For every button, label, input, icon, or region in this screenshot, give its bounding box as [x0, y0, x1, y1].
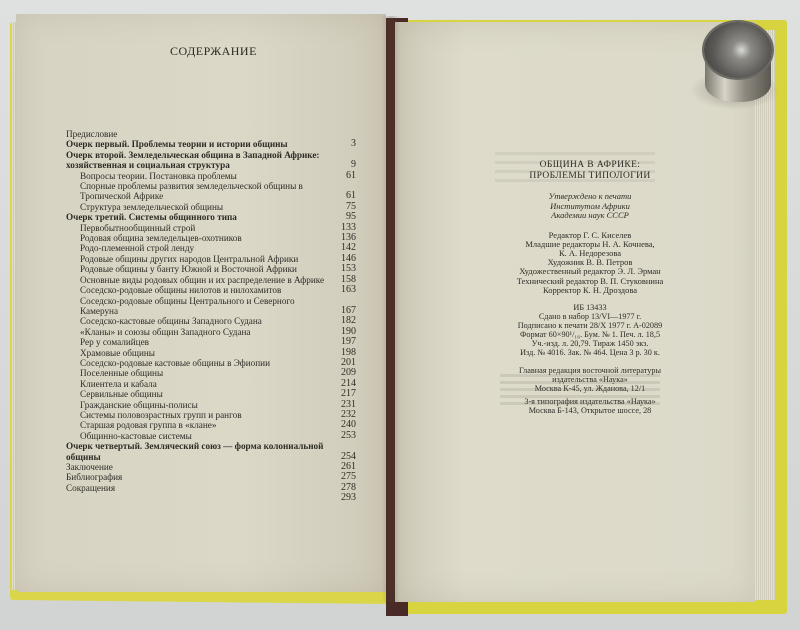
- book-title-line: ОБЩИНА В АФРИКЕ:: [480, 160, 700, 171]
- toc-entry-title: Клиентела и кабала: [66, 379, 334, 389]
- publication-data-line: Подписано к печати 28/X 1977 г. А-02089: [480, 321, 700, 330]
- toc-entry: 293: [66, 493, 356, 503]
- toc-entry-title: Основные виды родовых общин и их распред…: [66, 275, 334, 285]
- toc-entry: Соседско-родовые общины Центрального и С…: [66, 296, 356, 317]
- toc-entry: Очерк третий. Системы общинного типа95: [66, 212, 356, 222]
- toc-entry-title: Родовые общины у банту Южной и Восточной…: [66, 264, 334, 274]
- book-title: ОБЩИНА В АФРИКЕ:ПРОБЛЕМЫ ТИПОЛОГИИ: [480, 160, 700, 182]
- toc-entry: Структура земледельческой общины75: [66, 202, 356, 212]
- publication-data-line: Сдано в набор 13/VI—1977 г.: [480, 312, 700, 321]
- toc-entry-title: Родо-племенной строй ленду: [66, 243, 334, 253]
- toc-entry: Очерк второй. Земледельческая община в З…: [66, 150, 356, 171]
- toc-entry-title: Вопросы теории. Постановка проблемы: [66, 171, 334, 181]
- toc-entry: Родо-племенной строй ленду142: [66, 243, 356, 253]
- toc-entry: Родовые общины других народов Центрально…: [66, 254, 356, 264]
- approval-note: Утверждено к печатиИнститутом АфрикиАкад…: [480, 192, 700, 221]
- toc-entry-title: Очерк второй. Земледельческая община в З…: [66, 150, 334, 171]
- toc-entry: Родовые общины у банту Южной и Восточной…: [66, 264, 356, 274]
- toc-entry-title: Первобытнообщинный строй: [66, 223, 334, 233]
- printer-line: Москва Б-143, Открытое шоссе, 28: [480, 406, 700, 415]
- toc-entry: Предисловие: [66, 129, 356, 139]
- toc-entry-page: 217: [334, 389, 356, 399]
- show-through-text: [500, 374, 660, 406]
- toc-entry-title: Соседско-кастовые общины Западного Судан…: [66, 316, 334, 326]
- toc-entry: Общинно-кастовые системы253: [66, 431, 356, 441]
- toc-entry-title: Очерк первый. Проблемы теории и истории …: [66, 139, 334, 149]
- publication-data-line: Уч.-изд. л. 20,79. Тираж 1450 экз.: [480, 339, 700, 348]
- toc-entry: Сервильные общины217: [66, 389, 356, 399]
- toc-entry-title: Общинно-кастовые системы: [66, 431, 334, 441]
- toc-entry-title: Предисловие: [66, 129, 334, 139]
- page-gutter: [382, 16, 400, 602]
- toc-entry-title: Соседско-родовые общины Центрального и С…: [66, 296, 334, 317]
- toc-entry: Соседско-кастовые общины Западного Судан…: [66, 316, 356, 326]
- toc-entry-page: 197: [334, 337, 356, 347]
- toc-entry-title: «Кланы» и союзы общин Западного Судана: [66, 327, 334, 337]
- toc-entry-page: 253: [334, 431, 356, 441]
- toc-entry: Очерк четвертый. Земляческий союз — форм…: [66, 441, 356, 462]
- toc-entry: Сокращения278: [66, 483, 356, 493]
- toc-title: СОДЕРЖАНИЕ: [170, 44, 257, 59]
- toc-entry: Старшая родовая группа в «клане»240: [66, 420, 356, 430]
- toc-entry: Рер у сомалийцев197: [66, 337, 356, 347]
- toc-entry: Системы половозрастных групп и рангов232: [66, 410, 356, 420]
- toc-entry: Родовая община земледельцев-охотников136: [66, 233, 356, 243]
- credit-line: Корректор К. Н. Дроздова: [480, 286, 700, 295]
- page-stack-right: [755, 30, 775, 600]
- toc-entry-title: Родовые общины других народов Центрально…: [66, 254, 334, 264]
- toc-entry-title: Родовая община земледельцев-охотников: [66, 233, 334, 243]
- table-of-contents: ПредисловиеОчерк первый. Проблемы теории…: [66, 129, 356, 504]
- toc-entry: «Кланы» и союзы общин Западного Судана19…: [66, 327, 356, 337]
- book-title-line: ПРОБЛЕМЫ ТИПОЛОГИИ: [480, 171, 700, 182]
- toc-entry-title: Спорные проблемы развития земледельческо…: [66, 181, 334, 202]
- toc-entry: Первобытнообщинный строй133: [66, 223, 356, 233]
- toc-entry-page: 163: [334, 285, 356, 295]
- toc-entry-title: Очерк четвертый. Земляческий союз — форм…: [66, 441, 334, 462]
- credits: Редактор Г. С. КиселевМладшие редакторы …: [480, 231, 700, 295]
- leader-dots: [66, 501, 332, 503]
- toc-entry-title: Гражданские общины-полисы: [66, 400, 334, 410]
- toc-entry: Гражданские общины-полисы231: [66, 400, 356, 410]
- toc-entry-title: Сокращения: [66, 483, 334, 493]
- toc-entry: Вопросы теории. Постановка проблемы61: [66, 171, 356, 181]
- toc-entry: Очерк первый. Проблемы теории и истории …: [66, 139, 356, 149]
- toc-entry-title: Старшая родовая группа в «клане»: [66, 420, 334, 430]
- toc-entry-page: 61: [334, 171, 356, 181]
- publication-data-line: ИБ 13433: [480, 303, 700, 312]
- toc-entry: Клиентела и кабала214: [66, 379, 356, 389]
- toc-entry-title: Сервильные общины: [66, 389, 334, 399]
- toc-entry-title: Структура земледельческой общины: [66, 202, 334, 212]
- publication-data: ИБ 13433Сдано в набор 13/VI—1977 г.Подпи…: [480, 303, 700, 357]
- toc-entry-title: Соседско-родовые кастовые общины в Эфиоп…: [66, 358, 334, 368]
- toc-entry-title: Заключение: [66, 462, 334, 472]
- toc-entry: Библиография275: [66, 472, 356, 482]
- toc-entry: Соседско-родовые общины нилотов и нилоха…: [66, 285, 356, 295]
- metal-weight-top: [704, 22, 772, 78]
- toc-entry-page: 293: [334, 493, 356, 503]
- toc-entry-title: Соседско-родовые общины нилотов и нилоха…: [66, 285, 334, 295]
- approval-line: Академии наук СССР: [480, 211, 700, 221]
- toc-entry: Спорные проблемы развития земледельческо…: [66, 181, 356, 202]
- toc-entry-title: Рер у сомалийцев: [66, 337, 334, 347]
- toc-entry-title: Библиография: [66, 472, 334, 482]
- toc-entry-title: Храмовые общины: [66, 348, 334, 358]
- publication-data-line: Формат 60×90¹/₁₆. Бум. № 1. Печ. л. 18,5: [480, 330, 700, 339]
- toc-entry: Заключение261: [66, 462, 356, 472]
- toc-entry: Храмовые общины198: [66, 348, 356, 358]
- toc-entry: Основные виды родовых общин и их распред…: [66, 275, 356, 285]
- toc-entry-title: Поселенные общины: [66, 368, 334, 378]
- toc-entry: Поселенные общины209: [66, 368, 356, 378]
- publication-data-line: Изд. № 4016. Зак. № 464. Цена 3 р. 30 к.: [480, 348, 700, 357]
- toc-entry-page: 3: [334, 139, 356, 149]
- toc-entry: Соседско-родовые кастовые общины в Эфиоп…: [66, 358, 356, 368]
- toc-entry-title: Системы половозрастных групп и рангов: [66, 410, 334, 420]
- toc-entry-title: Очерк третий. Системы общинного типа: [66, 212, 334, 222]
